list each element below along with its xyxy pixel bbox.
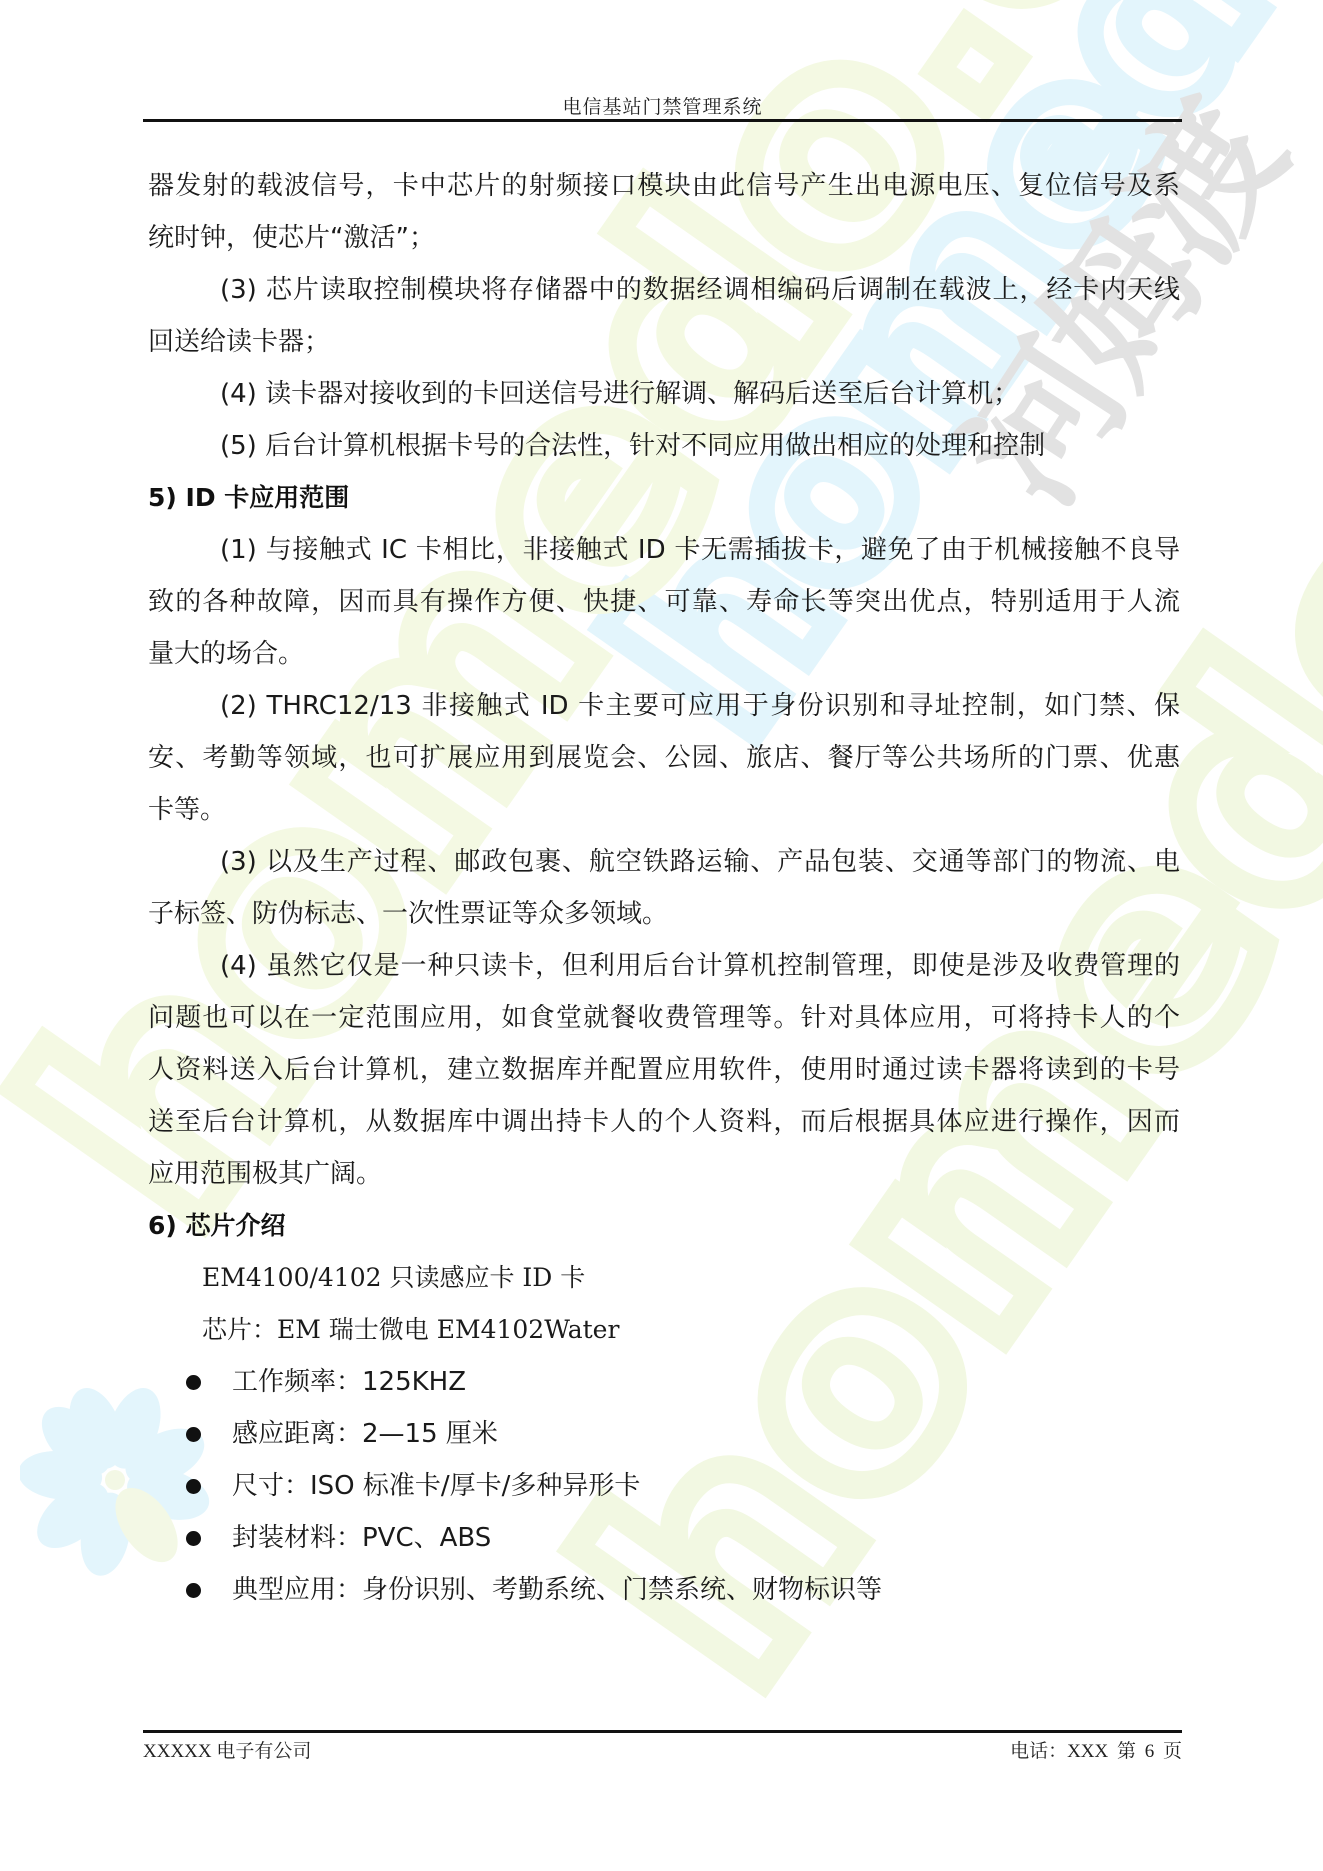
paragraph-line: 应用范围极其广阔。 <box>148 1148 1180 1200</box>
paragraph-line: 量大的场合。 <box>148 628 1180 680</box>
paragraph-line: 人资料送入后台计算机，建立数据库并配置应用软件，使用时通过读卡器将读到的卡号 <box>148 1044 1180 1096</box>
spec-bullet-distance: 感应距离：2—15 厘米 <box>148 1408 1180 1460</box>
section-6-heading: 6) 芯片介绍 <box>148 1200 1180 1252</box>
paragraph-line: 送至后台计算机，从数据库中调出持卡人的个人资料，而后根据具体应进行操作，因而 <box>148 1096 1180 1148</box>
spec-bullet-size: 尺寸：ISO 标准卡/厚卡/多种异形卡 <box>148 1460 1180 1512</box>
paragraph-line: (2) THRC12/13 非接触式 ID 卡主要可应用于身份识别和寻址控制，如… <box>148 680 1180 732</box>
document-body: 器发射的载波信号，卡中芯片的射频接口模块由此信号产生出电源电压、复位信号及系 统… <box>148 160 1180 1616</box>
spec-text: 工作频率：125KHZ <box>232 1367 466 1397</box>
spec-text: 典型应用：身份识别、考勤系统、门禁系统、财物标识等 <box>232 1575 882 1605</box>
paragraph-line: 安、考勤等领域，也可扩展应用到展览会、公园、旅店、餐厅等公共场所的门票、优惠 <box>148 732 1180 784</box>
paragraph-line: 致的各种故障，因而具有操作方便、快捷、可靠、寿命长等突出优点，特别适用于人流 <box>148 576 1180 628</box>
bullet-dot-icon <box>186 1375 201 1390</box>
bullet-dot-icon <box>186 1427 201 1442</box>
paragraph-line: (4) 虽然它仅是一种只读卡，但利用后台计算机控制管理，即使是涉及收费管理的 <box>148 940 1180 992</box>
paragraph-line: 问题也可以在一定范围应用，如食堂就餐收费管理等。针对具体应用，可将持卡人的个 <box>148 992 1180 1044</box>
paragraph-line: 卡等。 <box>148 784 1180 836</box>
bullet-dot-icon <box>186 1583 201 1598</box>
footer-phone-page: 电话：XXX 第 6 页 <box>1010 1736 1182 1763</box>
spec-text: 尺寸：ISO 标准卡/厚卡/多种异形卡 <box>232 1471 640 1501</box>
header-rule <box>143 119 1182 122</box>
bullet-dot-icon <box>186 1479 201 1494</box>
spec-text: 感应距离：2—15 厘米 <box>232 1419 498 1449</box>
body-line: (4) 读卡器对接收到的卡回送信号进行解调、解码后送至后台计算机； <box>148 368 1180 420</box>
paragraph-line: 子标签、防伪标志、一次性票证等众多领域。 <box>148 888 1180 940</box>
paragraph-line: (3) 以及生产过程、邮政包裹、航空铁路运输、产品包装、交通等部门的物流、电 <box>148 836 1180 888</box>
spec-bullet-application: 典型应用：身份识别、考勤系统、门禁系统、财物标识等 <box>148 1564 1180 1616</box>
spec-bullet-frequency: 工作频率：125KHZ <box>148 1356 1180 1408</box>
page-header: 电信基站门禁管理系统 <box>143 92 1182 120</box>
footer-company: XXXXX 电子有公司 <box>143 1736 311 1763</box>
body-line: 回送给读卡器； <box>148 316 1180 368</box>
chip-info: 芯片：EM 瑞士微电 EM4102Water <box>148 1304 1180 1356</box>
header-title: 电信基站门禁管理系统 <box>143 92 1182 119</box>
paragraph-line: (1) 与接触式 IC 卡相比，非接触式 ID 卡无需插拔卡，避免了由于机械接触… <box>148 524 1180 576</box>
card-name: EM4100/4102 只读感应卡 ID 卡 <box>148 1252 1180 1304</box>
body-line: 器发射的载波信号，卡中芯片的射频接口模块由此信号产生出电源电压、复位信号及系 <box>148 160 1180 212</box>
page-footer: XXXXX 电子有公司 电话：XXX 第 6 页 <box>143 1736 1182 1766</box>
footer-rule <box>143 1730 1182 1733</box>
body-line: (3) 芯片读取控制模块将存储器中的数据经调相编码后调制在载波上，经卡内天线 <box>148 264 1180 316</box>
bullet-dot-icon <box>186 1531 201 1546</box>
spec-bullet-material: 封装材料：PVC、ABS <box>148 1512 1180 1564</box>
spec-text: 封装材料：PVC、ABS <box>232 1523 491 1553</box>
section-5-heading: 5) ID 卡应用范围 <box>148 472 1180 524</box>
body-line: 统时钟，使芯片“激活”； <box>148 212 1180 264</box>
body-line: (5) 后台计算机根据卡号的合法性，针对不同应用做出相应的处理和控制 <box>148 420 1180 472</box>
